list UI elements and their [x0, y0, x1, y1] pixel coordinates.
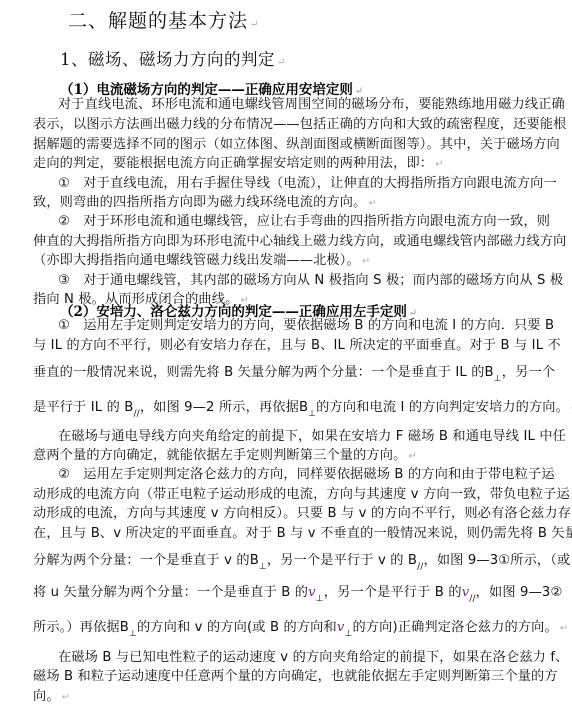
text-line: 所示。）再依据B⊥的方向和 v 的方向(或 B 的方向和v⊥的方向)正确判定洛仑…: [33, 619, 553, 638]
section-heading: 1、磁场、磁场力方向的判定↵: [60, 46, 286, 70]
text-line: ① 对于直线电流，用右手握住导线（电流），让伸直的大拇指所指方向跟电流方向一: [58, 175, 553, 193]
text-line: 与 IL 的方向不平行，则必有安培力存在，且与 B、IL 所决定的平面垂直。对于…: [33, 337, 553, 355]
text-line: 将 u 矢量分解为两个分量：一个是垂直于 B 的v⊥，另一个是平行于 B 的v/…: [33, 584, 553, 603]
text-line: ② 运用左手定则判定洛仑兹力的方向，同样要依据磁场 B 的方向和由于带电粒子运: [58, 466, 553, 484]
paragraph-mark-icon: ↵: [435, 159, 444, 170]
text-line: 分解为两个分量：一个是垂直于 v 的B⊥，另一个是平行于 v 的 B//，如图 …: [33, 552, 553, 571]
paragraph-mark-icon: ↵: [408, 451, 417, 462]
text-line: 走向的判定，要能根据电流方向正确掌握安培定则的两种用法，即：↵: [33, 155, 553, 174]
text-line: 在，且与 B、v 所决定的平面垂直。对于 B 与 v 不垂直的一般情况来说，则仍…: [33, 525, 553, 543]
text-line: 向。↵: [33, 688, 553, 707]
text-line: 意两个量的方向确定，就能依据左手定则判断第三个量的方向。↵: [33, 447, 553, 466]
text-line: ① 运用左手定则判定安培力的方向，要依据磁场 B 的方向和电流 I 的方向．只要…: [58, 317, 553, 335]
text-line: 在磁场 B 与已知电性粒子的运动速度 v 的方向夹角给定的前提下，如果在洛仑兹力…: [58, 649, 553, 667]
text-line: ③ 对于通电螺线管，其内部的磁场方向从 N 极指向 S 极；而内部的磁场方向从 …: [58, 272, 553, 290]
text-line: 致，则弯曲的四指所指方向即为磁力线环绕电流的方向。↵: [33, 194, 553, 213]
text-line: 伸直的大拇指所指方向即为环形电流中心轴线上磁力线方向，或通电螺线管内部磁力线方向: [33, 233, 553, 251]
document-page: 二、解题的基本方法↵ 1、磁场、磁场力方向的判定↵ （1）电流磁场方向的判定——…: [0, 0, 572, 710]
text-line: 对于直线电流、环形电流和通电螺线管周围空间的磁场分布，要能熟练地用磁力线正确: [58, 96, 553, 114]
paragraph-mark-icon: ↵: [362, 256, 371, 267]
text-line: 表示，以图示方法画出磁力线的分布情况——包括正确的方向和大致的疏密程度，还要能根: [33, 116, 553, 134]
paragraph-mark-icon: ↵: [277, 57, 286, 68]
main-heading: 二、解题的基本方法↵: [68, 6, 259, 33]
text-line: 动形成的电流方向（带正电粒子运动形成的电流，方向与其速度 v 方向一致，带负电粒…: [33, 486, 553, 504]
text-line: 动形成的电流，方向与其速度 v 方向相反）。只要 B 与 v 的方向不平行，则必…: [33, 505, 553, 523]
paragraph-mark-icon: ↵: [560, 623, 569, 634]
text-line: 是平行于 IL 的 B//，如图 9—2 所示，再依据B⊥的方向和电流 I 的方…: [33, 399, 553, 418]
paragraph-mark-icon: ↵: [62, 692, 71, 703]
text-line: ② 对于环形电流和通电螺线管，应让右手弯曲的四指所指方向跟电流方向一致，则: [58, 213, 553, 231]
text-line: 垂直的一般情况来说，则需先将 B 矢量分解为两个分量：一个是垂直于 IL 的B⊥…: [33, 364, 553, 383]
paragraph-mark-icon: ↵: [250, 19, 259, 30]
subsection-heading-1: （1）电流磁场方向的判定——正确应用安培定则↵: [60, 78, 363, 98]
text-line: 磁场 B 和粒子运动速度中任意两个量的方向确定，也就能依据左手定则判断第三个量的…: [33, 668, 553, 686]
text-line: （亦即大拇指指向通电螺线管磁力线出发端——北极）。↵: [33, 252, 553, 271]
text-line: 在磁场与通电导线方向夹角给定的前提下，如果在安培力 F 磁场 B 和通电导线 I…: [58, 428, 553, 446]
paragraph-mark-icon: ↵: [368, 198, 377, 209]
text-line: 据解题的需要选择不同的图示（如立体图、纵剖面图或横断面图等）。其中，关于磁场方向: [33, 136, 553, 154]
